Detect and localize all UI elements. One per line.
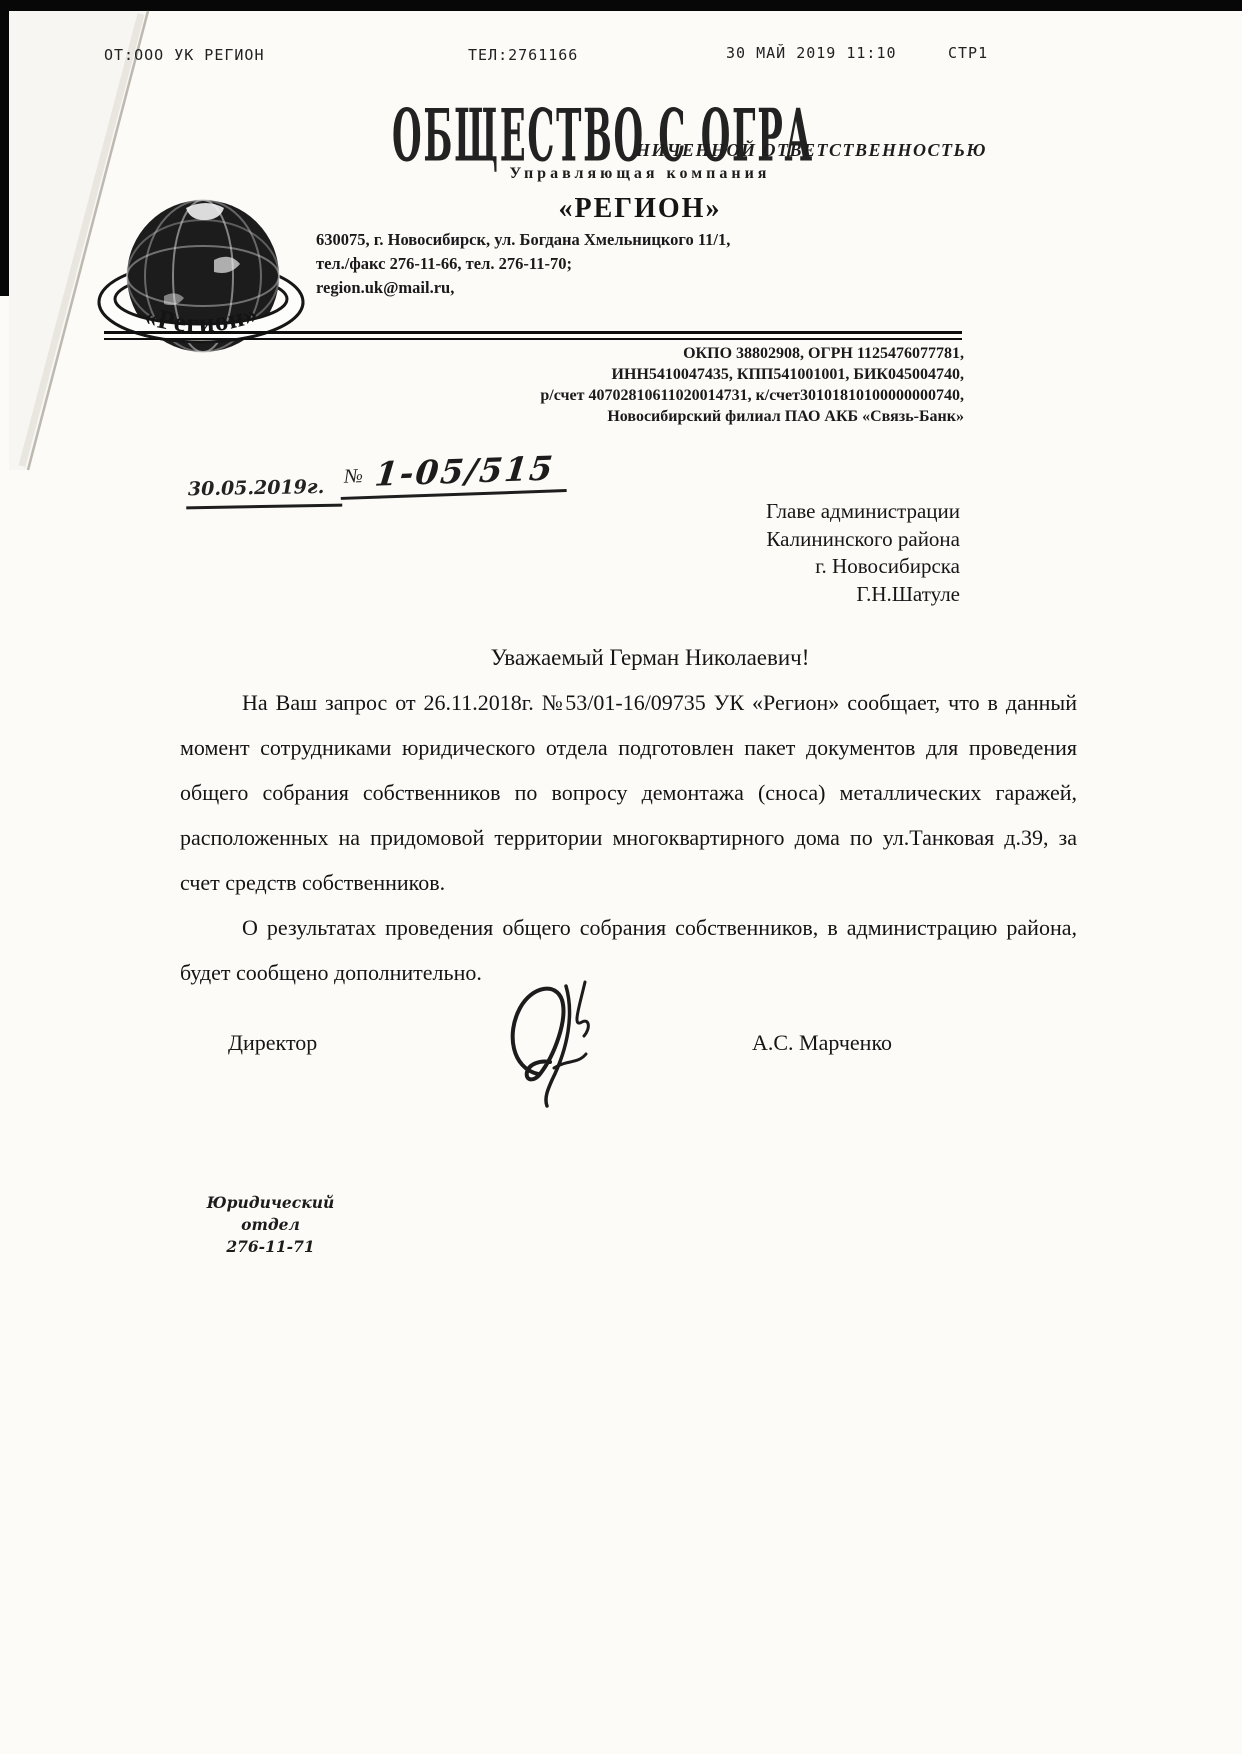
fax-datetime: 30 МАЙ 2019 11:10 [726, 44, 897, 62]
letter-date: 30.05.2019г. [186, 476, 343, 510]
signature-image [492, 976, 627, 1116]
bank-details-block: ОКПО 38802908, ОГРН 1125476077781, ИНН54… [540, 343, 964, 427]
bank-line-okpo-ogrn: ОКПО 38802908, ОГРН 1125476077781, [540, 343, 964, 364]
bank-line-inn-kpp-bik: ИНН5410047435, КПП541001001, БИК04500474… [540, 364, 964, 385]
address-line: тел./факс 276-11-66, тел. 276-11-70; [316, 252, 730, 276]
address-email: region.uk@mail.ru, [316, 276, 730, 300]
letterhead-divider-rule [104, 331, 962, 340]
address-line: 630075, г. Новосибирск, ул. Богдана Хмел… [316, 228, 730, 252]
addressee-city: г. Новосибирска [766, 553, 960, 581]
handwritten-number: 1-05/515 [373, 448, 557, 493]
fax-sender: ОТ:ООО УК РЕГИОН [104, 46, 265, 64]
company-address-block: 630075, г. Новосибирск, ул. Богдана Хмел… [316, 228, 730, 300]
bank-line-branch: Новосибирский филиал ПАО АКБ «Связь-Банк… [540, 406, 964, 427]
executor-footer: Юридический отдел 276-11-71 [183, 1192, 358, 1258]
company-name: «РЕГИОН» [400, 193, 880, 225]
body-paragraph-2: О результатах проведения общего собрания… [180, 905, 1077, 995]
letter-body: На Ваш запрос от 26.11.2018г. №53/01-16/… [180, 680, 1077, 995]
fax-page-number: СТР1 [948, 44, 988, 62]
signer-title: Директор [228, 1030, 317, 1056]
scanned-letter-page: ОТ:ООО УК РЕГИОН ТЕЛ:2761166 30 МАЙ 2019… [0, 0, 1242, 1754]
number-sign: № [344, 465, 364, 488]
addressee-name: Г.Н.Шатуле [766, 581, 960, 609]
body-paragraph-1: На Ваш запрос от 26.11.2018г. №53/01-16/… [180, 680, 1077, 905]
executor-department: Юридический отдел [183, 1192, 358, 1236]
signer-name: А.С. Марченко [752, 1030, 892, 1056]
letter-number: №1-05/515 [339, 448, 567, 500]
company-subtitle: Управляющая компания [400, 165, 880, 183]
executor-phone: 276-11-71 [183, 1236, 358, 1258]
addressee-title: Главе администрации [766, 498, 960, 526]
fax-phone: ТЕЛ:2761166 [468, 46, 578, 64]
bank-line-accounts: р/счет 40702810611020014731, к/счет30101… [540, 385, 964, 406]
salutation: Уважаемый Герман Николаевич! [310, 645, 990, 671]
addressee-block: Главе администрации Калининского района … [766, 498, 960, 608]
scan-artifact-top-edge [0, 0, 1242, 11]
globe-logo-icon: «Регион» [94, 186, 309, 382]
org-type-continuation-text: НИЧЕННОЙ ОТВЕТСТВЕННОСТЬЮ [636, 140, 987, 161]
addressee-district: Калининского района [766, 526, 960, 554]
